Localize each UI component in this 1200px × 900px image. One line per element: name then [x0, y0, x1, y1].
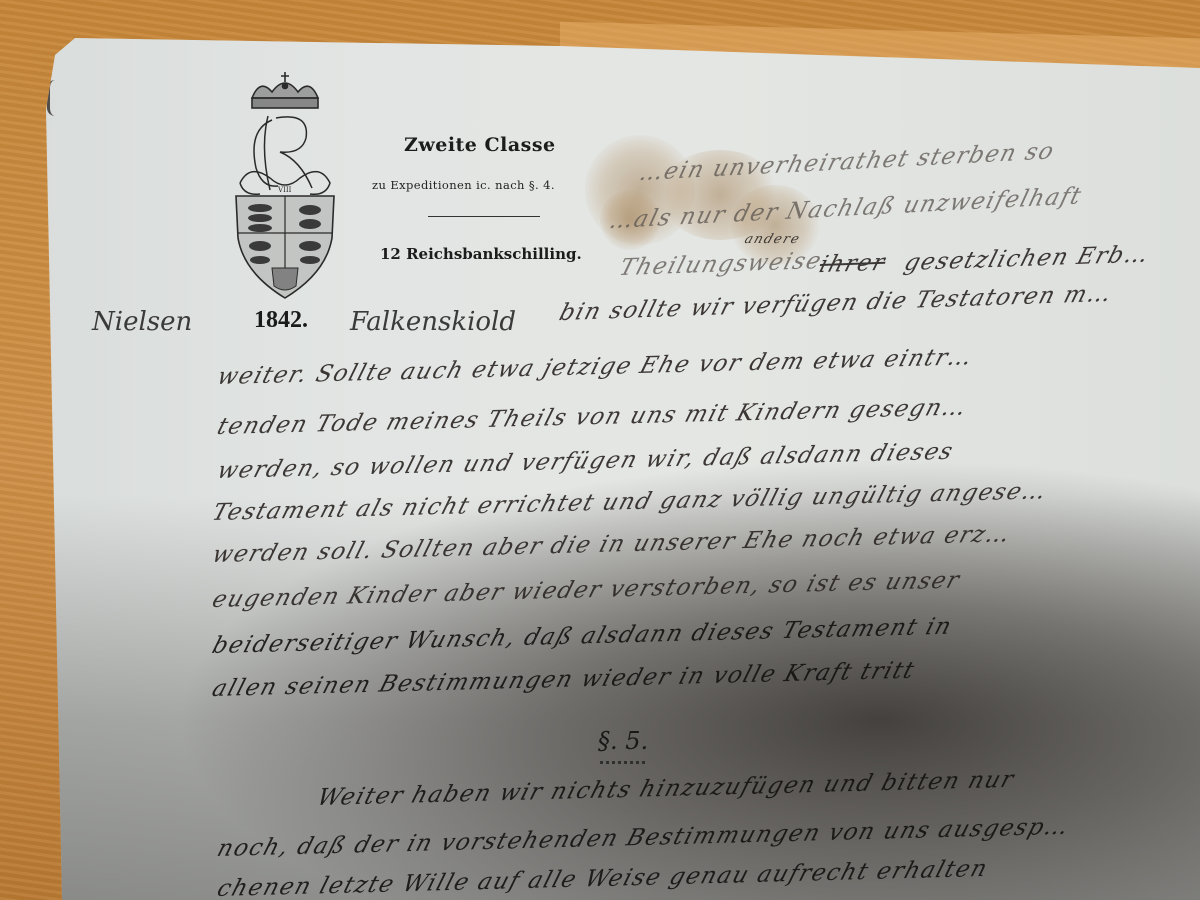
- stamp-year: 1842.: [254, 307, 308, 334]
- handwriting-line: chenen letzte Wille auf alle Weise genau…: [214, 856, 991, 900]
- handwriting-line: Testament als nicht errichtet und ganz v…: [209, 478, 1051, 526]
- stamp-class-title: Zweite Classe: [404, 134, 556, 156]
- handwriting-line: eugenden Kinder aber wieder verstorben, …: [209, 567, 963, 613]
- stamp-divider: [428, 216, 540, 217]
- signature-left: Nielsen: [92, 307, 192, 337]
- stamp-price: 12 Reichsbankschilling.: [380, 245, 582, 263]
- handwriting-line: noch, daß der in vorstehenden Bestimmung…: [214, 814, 1073, 862]
- handwriting-line: Theilungsweise: [616, 248, 825, 281]
- royal-crest-icon: VIII: [230, 68, 340, 303]
- handwriting-line: …ein unverheirathet sterben so: [636, 138, 1057, 186]
- handwriting-line: werden, so wollen und verfügen wir, daß …: [214, 439, 957, 484]
- stamp-subtitle: zu Expeditionen ic. nach §. 4.: [372, 178, 555, 192]
- monogram-numeral: VIII: [277, 186, 292, 194]
- handwriting-line: gesetzlichen Erb…: [901, 241, 1153, 276]
- handwriting-line: Weiter haben wir nichts hinzuzufügen und…: [314, 767, 1018, 811]
- handwriting-insertion: andere: [743, 232, 803, 247]
- handwriting-line: tenden Tode meines Theils von uns mit Ki…: [214, 394, 971, 440]
- handwriting-line: werden soll. Sollten aber die in unserer…: [209, 521, 1014, 568]
- handwriting-struck-word: ihrer: [816, 250, 889, 279]
- handwriting-line: bin sollte wir verfügen die Testatoren m…: [556, 281, 1116, 327]
- handwriting-line: allen seinen Bestimmungen wieder in voll…: [209, 658, 918, 703]
- signature-right: Falkenskiold: [350, 307, 516, 337]
- document-paper: VIII Zweite Classe zu Expeditionen ic. n…: [0, 0, 1200, 900]
- handwriting-line: weiter. Sollte auch etwa jetzige Ehe vor…: [214, 344, 977, 390]
- section-heading: §. 5.: [598, 727, 648, 755]
- handwriting-line: beiderseitiger Wunsch, daß alsdann diese…: [209, 614, 955, 660]
- section-underline: [600, 761, 648, 764]
